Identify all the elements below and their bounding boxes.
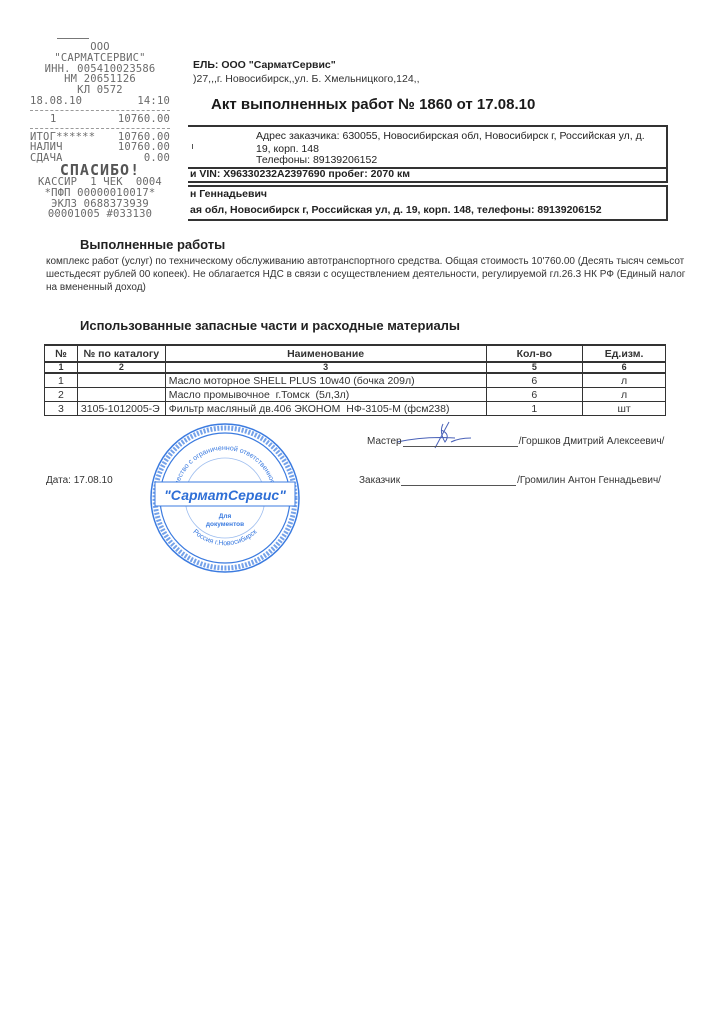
receipt-item-amount: 10760.00 — [118, 114, 170, 125]
table-row: 1 Масло моторное SHELL PLUS 10w40 (бочка… — [45, 373, 666, 388]
receipt-org-name: "САРМАТСЕРВИС" — [30, 53, 170, 64]
cell-catalog — [77, 373, 165, 388]
client-signature: Заказчик /Громилин Антон Геннадьевич/ — [359, 475, 661, 486]
receipt-datetime: 18.08.10 14:10 — [30, 96, 170, 107]
cell-unit: л — [583, 373, 666, 388]
cash-receipt: ООО "САРМАТСЕРВИС" ИНН. 005410023586 НМ … — [30, 42, 170, 217]
client-label: Заказчик — [359, 475, 400, 486]
col-header-catalog: № по каталогу — [77, 345, 165, 362]
col-number: 6 — [583, 362, 666, 373]
receipt-footer: 00001005 #033130 — [30, 209, 170, 220]
works-description: комплекс работ (услуг) по техническому о… — [46, 255, 686, 294]
col-header-qty: Кол-во — [486, 345, 583, 362]
column-number-row: 1 2 3 5 6 — [45, 362, 666, 373]
col-number: 3 — [165, 362, 486, 373]
master-label: Мастер — [367, 436, 402, 447]
cell-unit: шт — [583, 402, 666, 416]
cell-name: Масло промывочное г.Томск (5л,3л) — [165, 388, 486, 402]
col-header-number: № — [45, 345, 78, 362]
table-row: 3 3105-1012005-Э Фильтр масляный дв.406 … — [45, 402, 666, 416]
client-signature-name: /Громилин Антон Геннадьевич/ — [517, 475, 661, 486]
client-signature-line — [401, 475, 516, 486]
company-stamp: Общество с ограниченной ответственностью… — [147, 420, 303, 576]
cell-number: 1 — [45, 373, 78, 388]
document-page: ООО "САРМАТСЕРВИС" ИНН. 005410023586 НМ … — [0, 0, 724, 1024]
cell-catalog — [77, 388, 165, 402]
receipt-time: 14:10 — [137, 96, 170, 107]
receipt-divider — [30, 110, 170, 111]
cell-catalog: 3105-1012005-Э — [77, 402, 165, 416]
table-row: 2 Масло промывочное г.Томск (5л,3л) 6 л — [45, 388, 666, 402]
receipt-divider — [30, 128, 170, 129]
document-date: Дата: 17.08.10 — [46, 475, 113, 486]
client-address: ая обл, Новосибирск г, Российская ул, д.… — [190, 204, 602, 216]
receipt-date: 18.08.10 — [30, 96, 82, 107]
client-name: н Геннадьевич — [190, 188, 267, 200]
cell-name: Масло моторное SHELL PLUS 10w40 (бочка 2… — [165, 373, 486, 388]
col-header-unit: Ед.изм. — [583, 345, 666, 362]
client-info-box: н Геннадьевич ая обл, Новосибирск г, Рос… — [188, 185, 668, 221]
stamp-purpose-line1: Для — [219, 513, 232, 520]
receipt-item: 1 10760.00 — [30, 114, 170, 125]
parts-heading: Использованные запасные части и расходны… — [80, 318, 460, 333]
seller-address: )27,,,г. Новосибирск,,ул. Б. Хмельницког… — [193, 73, 420, 85]
parts-table: № № по каталогу Наименование Кол-во Ед.и… — [44, 344, 666, 416]
partial-text-mark — [192, 144, 193, 149]
stamp-company-name: "СарматСервис" — [164, 487, 286, 503]
master-signature-line — [403, 436, 518, 447]
receipt-pfp: *ПФП 00000010017* — [30, 188, 170, 199]
col-number: 1 — [45, 362, 78, 373]
customer-info-box: Адрес заказчика: 630055, Новосибирская о… — [188, 125, 668, 183]
vehicle-vin: и VIN: X96330232A2397690 пробег: 2070 км — [190, 168, 410, 180]
master-name: /Горшков Дмитрий Алексеевич/ — [519, 436, 665, 447]
cell-unit: л — [583, 388, 666, 402]
stamp-purpose-line2: документов — [206, 521, 244, 528]
seller-name: ЕЛЬ: ООО "СарматСервис" — [193, 59, 336, 71]
col-number: 2 — [77, 362, 165, 373]
table-header-row: № № по каталогу Наименование Кол-во Ед.и… — [45, 345, 666, 362]
cell-qty: 6 — [486, 373, 583, 388]
cell-qty: 1 — [486, 402, 583, 416]
receipt-change-value: 0.00 — [144, 153, 170, 164]
receipt-tear-mark — [57, 38, 89, 39]
receipt-item-index: 1 — [30, 114, 57, 125]
document-title: Акт выполненных работ № 1860 от 17.08.10 — [211, 96, 535, 113]
receipt-change-label: СДАЧА — [30, 153, 63, 164]
customer-address: Адрес заказчика: 630055, Новосибирская о… — [256, 130, 661, 156]
cell-qty: 6 — [486, 388, 583, 402]
col-number: 5 — [486, 362, 583, 373]
receipt-tear-mark — [50, 213, 60, 214]
master-signature: Мастер /Горшков Дмитрий Алексеевич/ — [367, 436, 664, 447]
cell-number: 2 — [45, 388, 78, 402]
cell-number: 3 — [45, 402, 78, 416]
cell-name: Фильтр масляный дв.406 ЭКОНОМ НФ-3105-М … — [165, 402, 486, 416]
col-header-name: Наименование — [165, 345, 486, 362]
works-heading: Выполненные работы — [80, 237, 225, 252]
customer-phones: Телефоны: 89139206152 — [256, 154, 377, 166]
